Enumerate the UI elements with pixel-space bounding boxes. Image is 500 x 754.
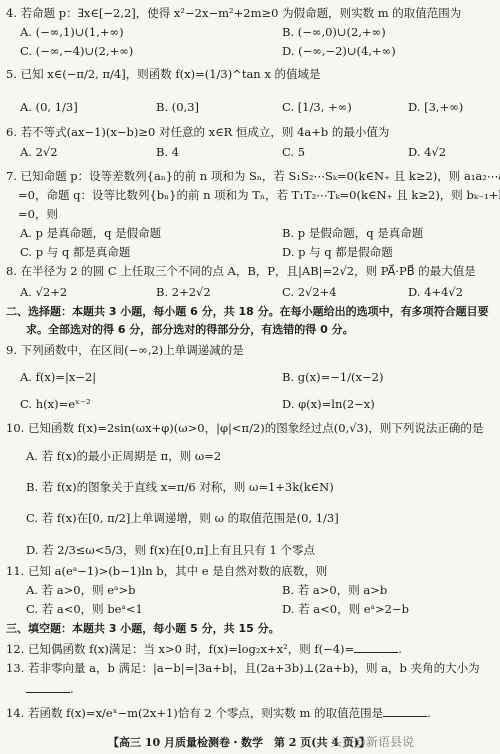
question-6-option-b: B. 4 <box>156 145 179 159</box>
question-5-option-a: A. (0, 1/3] <box>20 100 78 114</box>
question-11-option-d: D. 若 a<0，则 eᵃ>2−b <box>282 602 409 616</box>
question-8-stem: 8. 在半径为 2 的圆 C 上任取三个不同的点 A，B，P，且|AB|=2√2… <box>6 264 476 278</box>
question-4-option-c: C. (−∞,−4)∪(2,+∞) <box>20 44 133 58</box>
question-6-option-d: D. 4√2 <box>408 145 446 159</box>
question-8-option-a: A. √2+2 <box>20 285 67 299</box>
question-9-option-c: C. h(x)=eˣ⁻² <box>20 397 91 411</box>
question-10-stem: 10. 已知函数 f(x)=2sin(ωx+φ)(ω>0，|φ|<π/2)的图象… <box>6 421 483 435</box>
period: . <box>398 642 402 656</box>
question-4-option-a: A. (−∞,1)∪(1,+∞) <box>20 25 124 39</box>
question-7-option-d: D. p 与 q 都是假命题 <box>282 245 393 259</box>
question-9-option-b: B. g(x)=−1/(x−2) <box>282 370 383 384</box>
question-9-option-a: A. f(x)=|x−2| <box>20 370 96 384</box>
question-6-option-a: A. 2√2 <box>20 145 58 159</box>
question-8-option-b: B. 2+2√2 <box>156 285 211 299</box>
exam-page: 4. 若命题 p：∃x∈[−2,2]，使得 x²−2x−m²+2m≥0 为假命题… <box>0 0 500 754</box>
watermark: 头条@新语县说 <box>330 733 414 750</box>
question-6-stem: 6. 若不等式(ax−1)(x−b)≥0 对任意的 x∈R 恒成立，则 4a+b… <box>6 125 389 139</box>
question-4-option-d: D. (−∞,−2)∪(4,+∞) <box>282 44 396 58</box>
question-11-stem: 11. 已知 a(eᵃ−1)>(b−1)ln b，其中 e 是自然对数的底数，则 <box>6 564 327 578</box>
question-5-option-b: B. (0,3] <box>156 100 199 114</box>
question-14: 14. 若函数 f(x)=x/eˣ−m(2x+1)恰有 2 个零点，则实数 m … <box>6 706 431 720</box>
section-2-heading-line-1: 二、选择题：本题共 3 小题，每小题 6 分，共 18 分。在每小题给出的选项中… <box>6 305 489 319</box>
question-4-stem: 4. 若命题 p：∃x∈[−2,2]，使得 x²−2x−m²+2m≥0 为假命题… <box>6 6 461 20</box>
question-11-option-a: A. 若 a>0，则 eᵃ>b <box>26 583 135 597</box>
answer-blank[interactable] <box>26 682 70 693</box>
section-2-heading-line-2: 求。全部选对的得 6 分，部分选对的得部分分，有选错的得 0 分。 <box>26 323 354 337</box>
question-7-stem-line-3: =0，则 <box>18 207 58 221</box>
question-5-option-d: D. [3,+∞) <box>408 100 463 114</box>
question-5-option-c: C. [1/3, +∞) <box>282 100 352 114</box>
question-5-stem: 5. 已知 x∈(−π/2, π/4]，则函数 f(x)=(1/3)^tan x… <box>6 67 321 81</box>
question-8-option-c: C. 2√2+4 <box>282 285 337 299</box>
question-13-stem: 13. 若非零向量 a，b 满足：|a−b|=|3a+b|，且(2a+3b)⊥(… <box>6 661 480 675</box>
question-12: 12. 已知偶函数 f(x)满足：当 x>0 时，f(x)=log₂x+x²，则… <box>6 642 402 656</box>
answer-blank[interactable] <box>383 706 427 717</box>
question-7-option-c: C. p 与 q 都是真命题 <box>20 245 130 259</box>
question-10-option-c: C. 若 f(x)在[0, π/2]上单调递增，则 ω 的取值范围是(0, 1/… <box>26 511 339 525</box>
question-9-option-d: D. φ(x)=ln(2−x) <box>282 397 375 411</box>
question-9-stem: 9. 下列函数中，在区间(−∞,2)上单调递减的是 <box>6 343 244 357</box>
question-7-option-a: A. p 是真命题，q 是假命题 <box>20 226 161 240</box>
question-14-stem: 14. 若函数 f(x)=x/eˣ−m(2x+1)恰有 2 个零点，则实数 m … <box>6 706 383 720</box>
question-11-option-c: C. 若 a<0，则 beᵃ<1 <box>26 602 143 616</box>
period: . <box>427 706 431 720</box>
section-3-heading: 三、填空题：本题共 3 小题，每小题 5 分，共 15 分。 <box>6 622 280 636</box>
question-10-option-a: A. 若 f(x)的最小正周期是 π，则 ω=2 <box>26 449 221 463</box>
question-10-option-d: D. 若 2/3≤ω<5/3，则 f(x)在[0,π]上有且只有 1 个零点 <box>26 543 315 557</box>
question-10-option-b: B. 若 f(x)的图象关于直线 x=π/6 对称，则 ω=1+3k(k∈N) <box>26 480 334 494</box>
question-11-option-b: B. 若 a>0，则 a>b <box>282 583 387 597</box>
question-6-option-c: C. 5 <box>282 145 305 159</box>
question-13-answer: . <box>26 682 74 696</box>
period: . <box>70 682 74 696</box>
question-7-stem-line-2: =0，命题 q：设等比数列{bₙ}的前 n 项和为 Tₙ，若 T₁T₂⋯Tₖ=0… <box>18 188 500 202</box>
question-7-option-b: B. p 是假命题，q 是真命题 <box>282 226 423 240</box>
question-12-stem: 12. 已知偶函数 f(x)满足：当 x>0 时，f(x)=log₂x+x²，则… <box>6 642 354 656</box>
answer-blank[interactable] <box>354 642 398 653</box>
question-7-stem-line-1: 7. 已知命题 p：设等差数列{aₙ}的前 n 项和为 Sₙ，若 S₁S₂⋯Sₖ… <box>6 169 500 183</box>
question-4-option-b: B. (−∞,0)∪(2,+∞) <box>282 25 386 39</box>
question-8-option-d: D. 4+4√2 <box>408 285 463 299</box>
